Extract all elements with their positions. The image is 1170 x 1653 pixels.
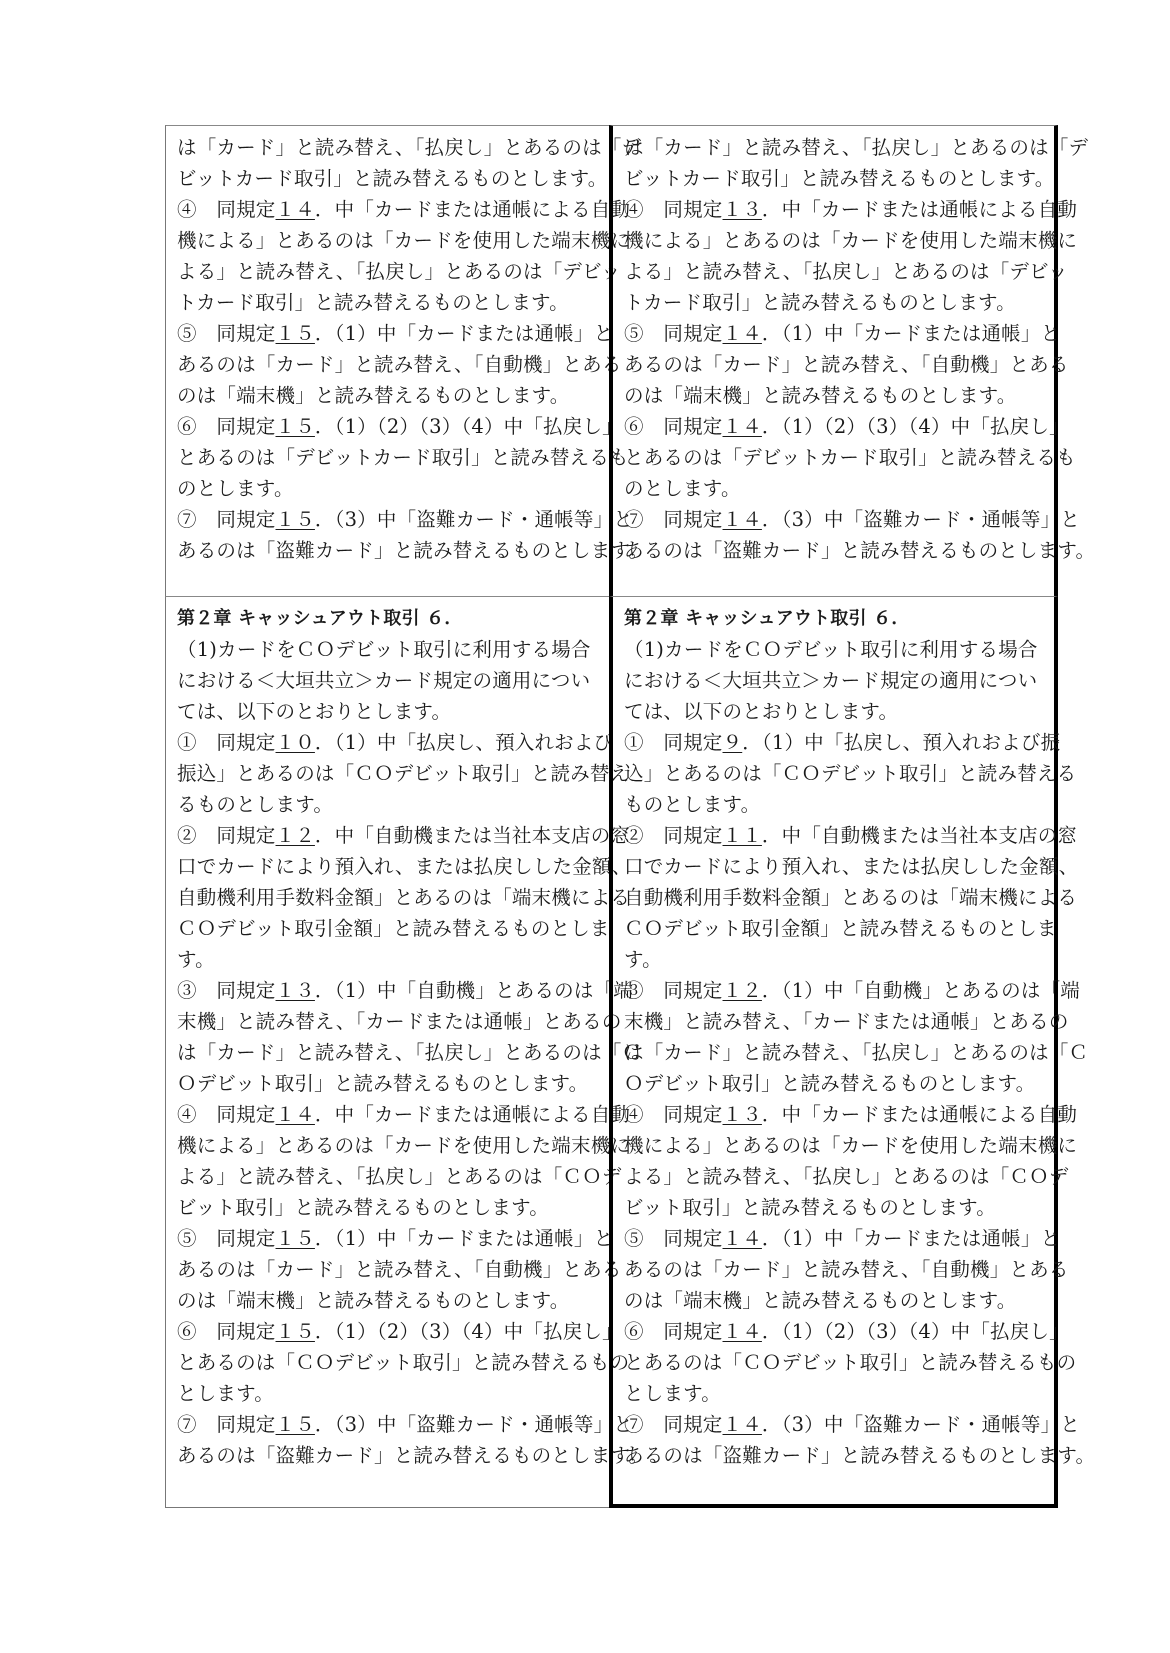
text-line: ⑦ 同規定１４．（3）中「盗難カード・通帳等」と <box>624 1409 1044 1440</box>
text-line: （1)カードをＣＯデビット取引に利用する場合 <box>177 634 599 665</box>
table-cell-old: は「カード」と読み替え、「払戻し」とあるのは「デビットカード取引」と読み替えるも… <box>165 125 609 596</box>
text-line: あるのは「盗難カード」と読み替えるものとします。 <box>624 1440 1044 1471</box>
text-line: とあるのは「デビットカード取引」と読み替えるも <box>177 442 599 473</box>
text-line: ビットカード取引」と読み替えるものとします。 <box>624 163 1044 194</box>
text-line: トカード取引」と読み替えるものとします。 <box>624 287 1044 318</box>
clause-number: １２ <box>723 979 762 1002</box>
text-line: のとします。 <box>177 473 599 504</box>
text-line: ④ 同規定１４．中「カードまたは通帳による自動 <box>177 1099 599 1130</box>
clause-number: １５ <box>276 322 315 345</box>
table-row: は「カード」と読み替え、「払戻し」とあるのは「デビットカード取引」と読み替えるも… <box>165 125 1058 596</box>
text-line: ⑤ 同規定１５．（1）中「カードまたは通帳」と <box>177 318 599 349</box>
text-line: ① 同規定９．（1）中「払戻し、預入れおよび振 <box>624 727 1044 758</box>
text-line: 振込」とあるのは「ＣＯデビット取引」と読み替え <box>177 758 599 789</box>
text-line: は「カード」と読み替え、「払戻し」とあるのは「Ｃ <box>177 1037 599 1068</box>
text-line: （1)カードをＣＯデビット取引に利用する場合 <box>624 634 1044 665</box>
text-line: ＣＯデビット取引金額」と読み替えるものとしま <box>624 913 1044 944</box>
clause-number: １４ <box>276 1103 315 1126</box>
text-line: あるのは「盗難カード」と読み替えるものとします。 <box>177 1440 599 1471</box>
text-line: における＜大垣共立＞カード規定の適用につい <box>177 665 599 696</box>
text-line: のは「端末機」と読み替えるものとします。 <box>624 1285 1044 1316</box>
text-line: ① 同規定１０．（1）中「払戻し、預入れおよび <box>177 727 599 758</box>
clause-number: １４ <box>723 1413 762 1436</box>
text-line: ⑤ 同規定１４．（1）中「カードまたは通帳」と <box>624 1223 1044 1254</box>
text-line: ② 同規定１１．中「自動機または当社本支店の窓 <box>624 820 1044 851</box>
clause-number: １４ <box>723 322 762 345</box>
text-line: ⑦ 同規定１５．（3）中「盗難カード・通帳等」と <box>177 504 599 535</box>
text-line: よる」と読み替え、「払戻し」とあるのは「デビッ <box>624 256 1044 287</box>
clause-number: １５ <box>276 415 315 438</box>
section-heading: 第２章 キャッシュアウト取引 ６． <box>624 603 1044 634</box>
text-line: ⑦ 同規定１５．（3）中「盗難カード・通帳等」と <box>177 1409 599 1440</box>
text-line: ⑤ 同規定１４．（1）中「カードまたは通帳」と <box>624 318 1044 349</box>
table-cell-new: は「カード」と読み替え、「払戻し」とあるのは「デビットカード取引」と読み替えるも… <box>609 125 1058 596</box>
clause-number: １０ <box>276 731 315 754</box>
text-line: とあるのは「ＣＯデビット取引」と読み替えるもの <box>624 1347 1044 1378</box>
table-row: 第２章 キャッシュアウト取引 ６． （1)カードをＣＯデビット取引に利用する場合… <box>165 596 1058 1508</box>
text-line: ④ 同規定１４．中「カードまたは通帳による自動 <box>177 194 599 225</box>
text-line: ⑥ 同規定１４．（1）（2）（3）（4）中「払戻し」 <box>624 1316 1044 1347</box>
text-line: あるのは「カード」と読み替え、「自動機」とある <box>624 1254 1044 1285</box>
cell-body: （1)カードをＣＯデビット取引に利用する場合における＜大垣共立＞カード規定の適用… <box>624 634 1044 1471</box>
text-line: は「カード」と読み替え、「払戻し」とあるのは「デ <box>177 132 599 163</box>
clause-number: １４ <box>723 1227 762 1250</box>
comparison-table: は「カード」と読み替え、「払戻し」とあるのは「デビットカード取引」と読み替えるも… <box>165 125 1058 1508</box>
text-line: ② 同規定１２．中「自動機または当社本支店の窓 <box>177 820 599 851</box>
text-line: は「カード」と読み替え、「払戻し」とあるのは「Ｃ <box>624 1037 1044 1068</box>
text-line: あるのは「カード」と読み替え、「自動機」とある <box>624 349 1044 380</box>
text-line: は「カード」と読み替え、「払戻し」とあるのは「デ <box>624 132 1044 163</box>
section-heading: 第２章 キャッシュアウト取引 ６． <box>177 603 599 634</box>
clause-number: １３ <box>276 979 315 1002</box>
text-line: 自動機利用手数料金額」とあるのは「端末機による <box>624 882 1044 913</box>
table-cell-old: 第２章 キャッシュアウト取引 ６． （1)カードをＣＯデビット取引に利用する場合… <box>165 596 609 1508</box>
text-line: ⑤ 同規定１５．（1）中「カードまたは通帳」と <box>177 1223 599 1254</box>
text-line: 末機」と読み替え、「カードまたは通帳」とあるの <box>624 1006 1044 1037</box>
text-line: ⑥ 同規定１４．（1）（2）（3）（4）中「払戻し」 <box>624 411 1044 442</box>
text-line: ③ 同規定１２．（1）中「自動機」とあるのは「端 <box>624 975 1044 1006</box>
text-line: ては、以下のとおりとします。 <box>624 696 1044 727</box>
text-line: とあるのは「デビットカード取引」と読み替えるも <box>624 442 1044 473</box>
text-line: のは「端末機」と読み替えるものとします。 <box>624 380 1044 411</box>
text-line: ⑦ 同規定１４．（3）中「盗難カード・通帳等」と <box>624 504 1044 535</box>
text-line: あるのは「盗難カード」と読み替えるものとします。 <box>177 535 599 566</box>
text-line: のは「端末機」と読み替えるものとします。 <box>177 380 599 411</box>
text-line: 機による」とあるのは「カードを使用した端末機に <box>624 225 1044 256</box>
clause-number: １２ <box>276 824 315 847</box>
text-line: ものとします。 <box>624 789 1044 820</box>
text-line: ⑥ 同規定１５．（1）（2）（3）（4）中「払戻し」 <box>177 411 599 442</box>
text-line: ては、以下のとおりとします。 <box>177 696 599 727</box>
text-line: 口でカードにより預入れ、または払戻しした金額、 <box>177 851 599 882</box>
text-line: よる」と読み替え、「払戻し」とあるのは「ＣＯデ <box>177 1161 599 1192</box>
clause-number: ９ <box>723 731 743 754</box>
text-line: Ｏデビット取引」と読み替えるものとします。 <box>624 1068 1044 1099</box>
text-line: あるのは「カード」と読み替え、「自動機」とある <box>177 1254 599 1285</box>
clause-number: １５ <box>276 1227 315 1250</box>
text-line: のは「端末機」と読み替えるものとします。 <box>177 1285 599 1316</box>
text-line: ＣＯデビット取引金額」と読み替えるものとしま <box>177 913 599 944</box>
text-line: よる」と読み替え、「払戻し」とあるのは「ＣＯデ <box>624 1161 1044 1192</box>
clause-number: １３ <box>723 198 762 221</box>
text-line: よる」と読み替え、「払戻し」とあるのは「デビッ <box>177 256 599 287</box>
text-line: ⑥ 同規定１５．（1）（2）（3）（4）中「払戻し」 <box>177 1316 599 1347</box>
text-line: 込」とあるのは「ＣＯデビット取引」と読み替える <box>624 758 1044 789</box>
text-line: Ｏデビット取引」と読み替えるものとします。 <box>177 1068 599 1099</box>
text-line: 自動機利用手数料金額」とあるのは「端末機による <box>177 882 599 913</box>
table-cell-new: 第２章 キャッシュアウト取引 ６． （1)カードをＣＯデビット取引に利用する場合… <box>609 596 1058 1508</box>
text-line: とします。 <box>177 1378 599 1409</box>
text-line: あるのは「盗難カード」と読み替えるものとします。 <box>624 535 1044 566</box>
text-line: 機による」とあるのは「カードを使用した端末機に <box>177 1130 599 1161</box>
text-line: とあるのは「ＣＯデビット取引」と読み替えるもの <box>177 1347 599 1378</box>
text-line: 機による」とあるのは「カードを使用した端末機に <box>177 225 599 256</box>
text-line: るものとします。 <box>177 789 599 820</box>
clause-number: １４ <box>276 198 315 221</box>
text-line: ビット取引」と読み替えるものとします。 <box>624 1192 1044 1223</box>
text-line: ④ 同規定１３．中「カードまたは通帳による自動 <box>624 1099 1044 1130</box>
clause-number: １５ <box>276 1320 315 1343</box>
text-line: す。 <box>624 944 1044 975</box>
clause-number: １４ <box>723 1320 762 1343</box>
clause-number: １５ <box>276 1413 315 1436</box>
clause-number: １１ <box>723 824 762 847</box>
text-line: のとします。 <box>624 473 1044 504</box>
text-line: トカード取引」と読み替えるものとします。 <box>177 287 599 318</box>
text-line: す。 <box>177 944 599 975</box>
text-line: あるのは「カード」と読み替え、「自動機」とある <box>177 349 599 380</box>
text-line: とします。 <box>624 1378 1044 1409</box>
text-line: ビット取引」と読み替えるものとします。 <box>177 1192 599 1223</box>
text-line: における＜大垣共立＞カード規定の適用につい <box>624 665 1044 696</box>
clause-number: １５ <box>276 508 315 531</box>
clause-number: １４ <box>723 415 762 438</box>
text-line: ③ 同規定１３．（1）中「自動機」とあるのは「端 <box>177 975 599 1006</box>
text-line: 機による」とあるのは「カードを使用した端末機に <box>624 1130 1044 1161</box>
text-line: 口でカードにより預入れ、または払戻しした金額、 <box>624 851 1044 882</box>
text-line: ビットカード取引」と読み替えるものとします。 <box>177 163 599 194</box>
clause-number: １４ <box>723 508 762 531</box>
clause-number: １３ <box>723 1103 762 1126</box>
text-line: ④ 同規定１３．中「カードまたは通帳による自動 <box>624 194 1044 225</box>
cell-body: （1)カードをＣＯデビット取引に利用する場合における＜大垣共立＞カード規定の適用… <box>177 634 599 1471</box>
text-line: 末機」と読み替え、「カードまたは通帳」とあるの <box>177 1006 599 1037</box>
